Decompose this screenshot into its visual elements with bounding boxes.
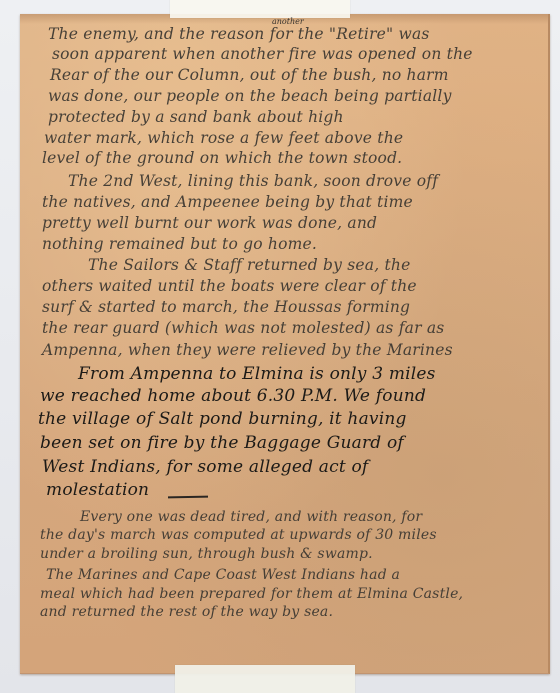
manuscript-line: nothing remained but to go home.	[42, 235, 317, 253]
manuscript-line: molestation	[46, 480, 149, 500]
manuscript-line: Every one was dead tired, and with reaso…	[80, 509, 422, 525]
manuscript-line: surf & started to march, the Houssas for…	[42, 298, 410, 316]
underline-stroke	[168, 496, 208, 498]
manuscript-line: we reached home about 6.30 P.M. We found	[40, 386, 426, 406]
manuscript-line: pretty well burnt our work was done, and	[42, 214, 377, 232]
manuscript-line: From Ampenna to Elmina is only 3 miles	[78, 364, 436, 384]
manuscript-line: The enemy, and the reason for the "Retir…	[48, 25, 430, 43]
manuscript-line: protected by a sand bank about high	[48, 108, 344, 126]
manuscript-line: The 2nd West, lining this bank, soon dro…	[68, 172, 438, 190]
manuscript-line: under a broiling sun, through bush & swa…	[40, 546, 373, 562]
manuscript-line: others waited until the boats were clear…	[42, 277, 417, 295]
manuscript-text: another The enemy, and the reason for th…	[0, 0, 560, 693]
manuscript-line: water mark, which rose a few feet above …	[44, 129, 403, 147]
tape-strip-bottom	[175, 665, 355, 693]
manuscript-line: soon apparent when another fire was open…	[52, 45, 473, 63]
manuscript-line: the natives, and Ampeenee being by that …	[42, 193, 413, 211]
manuscript-line: West Indians, for some alleged act of	[42, 457, 368, 477]
manuscript-line: the rear guard (which was not molested) …	[42, 319, 444, 337]
manuscript-line: and returned the rest of the way by sea.	[40, 604, 333, 620]
manuscript-line: meal which had been prepared for them at…	[40, 586, 463, 602]
manuscript-line: level of the ground on which the town st…	[42, 149, 402, 167]
manuscript-line: The Marines and Cape Coast West Indians …	[46, 567, 400, 583]
manuscript-line: the day's march was computed at upwards …	[40, 527, 437, 543]
manuscript-line: Ampenna, when they were relieved by the …	[42, 341, 453, 359]
manuscript-line: was done, our people on the beach being …	[48, 87, 452, 105]
manuscript-line: The Sailors & Staff returned by sea, the	[88, 256, 410, 274]
manuscript-line: been set on fire by the Baggage Guard of	[40, 433, 404, 453]
manuscript-line: the village of Salt pond burning, it hav…	[38, 409, 407, 429]
photo-background: another The enemy, and the reason for th…	[0, 0, 560, 693]
manuscript-line: Rear of the our Column, out of the bush,…	[50, 66, 449, 84]
